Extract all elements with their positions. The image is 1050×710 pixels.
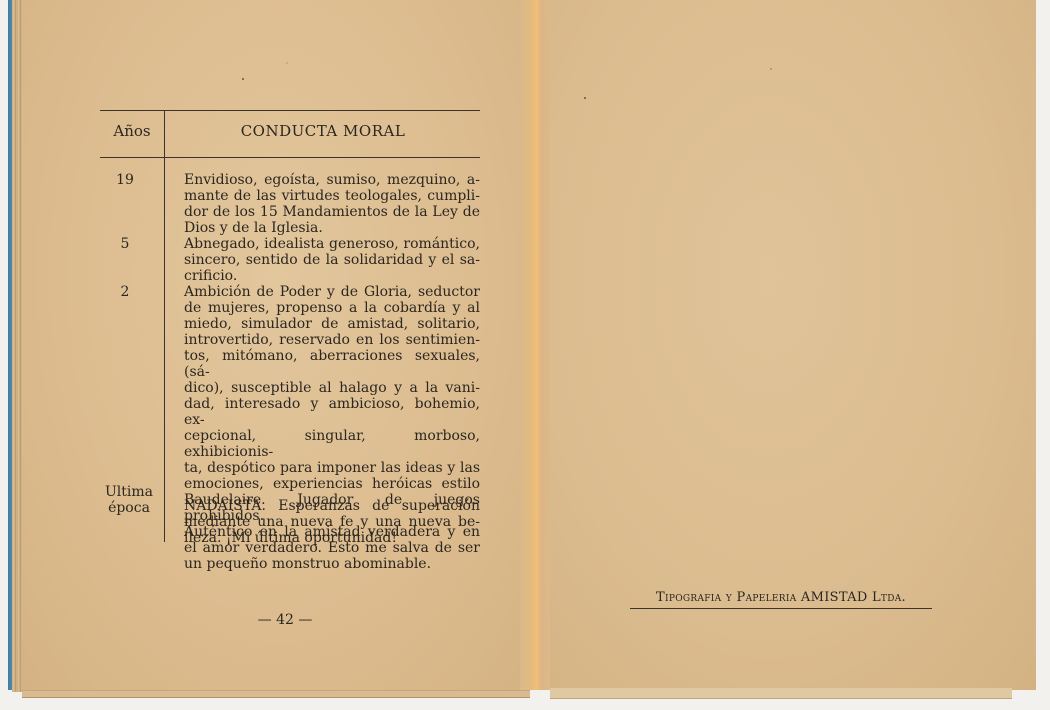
text-line: un pequeño monstruo abominable. [184,556,480,572]
row-years-line2: época [88,500,170,516]
page-number: — 42 — [250,612,320,628]
header-conduct-moral: CONDUCTA MORAL [166,122,480,140]
text-line: tos, mitómano, aberraciones sexuales, (s… [184,348,480,380]
text-line: introvertido, reservado en los sentimien… [184,332,480,348]
text-line: ta, despótico para imponer las ideas y l… [184,460,480,476]
header-years: Años [100,122,164,140]
printer-imprint: Tipografia y Papeleria AMISTAD Ltda. [632,590,930,605]
text-line: dor de los 15 Mandamientos de la Ley de [184,204,480,220]
text-line: crificio. [184,268,480,284]
paper-speck [770,68,772,70]
text-line: mediante una nueva fe y una nueva be- [184,514,480,530]
text-line: miedo, simulador de amistad, solitario, [184,316,480,332]
text-line: sincero, sentido de la solidaridad y el … [184,252,480,268]
right-page-bottom-edge [550,688,1012,699]
paper-speck [286,62,288,64]
paper-speck [584,97,586,99]
row-years-line1: Ultima [88,484,170,500]
text-line: Ambición de Poder y de Gloria, seductor [184,284,480,300]
row-years: Ultima época [88,484,170,516]
row-description: Envidioso, egoísta, sumiso, mezquino, a-… [184,172,480,236]
text-line: NADAISTA. Esperanzas de superación [184,498,480,514]
text-line: dico), susceptible al halago y a la vani… [184,380,480,396]
paper-speck [242,78,244,80]
text-line: Envidioso, egoísta, sumiso, mezquino, a- [184,172,480,188]
printer-imprint-underline [630,608,932,609]
row-description: Abnegado, idealista generoso, romántico,… [184,236,480,284]
table-header-rule [100,157,480,158]
text-line: Abnegado, idealista generoso, romántico, [184,236,480,252]
row-years: 19 [84,172,166,188]
table-top-rule [100,110,480,111]
text-line: mante de las virtudes teologales, cumpli… [184,188,480,204]
text-line: emociones, experiencias heróicas estilo [184,476,480,492]
text-line: de mujeres, propenso a la cobardía y al [184,300,480,316]
row-years: 2 [84,284,166,300]
text-line: dad, interesado y ambicioso, bohemio, ex… [184,396,480,428]
row-description: NADAISTA. Esperanzas de superación media… [184,498,480,546]
right-page [550,0,1036,690]
text-line: cepcional, singular, morboso, exhibicion… [184,428,480,460]
text-line: lleza. ¡Mi última oportunidad! [184,530,480,546]
text-line: Dios y de la Iglesia. [184,220,480,236]
row-years: 5 [84,236,166,252]
